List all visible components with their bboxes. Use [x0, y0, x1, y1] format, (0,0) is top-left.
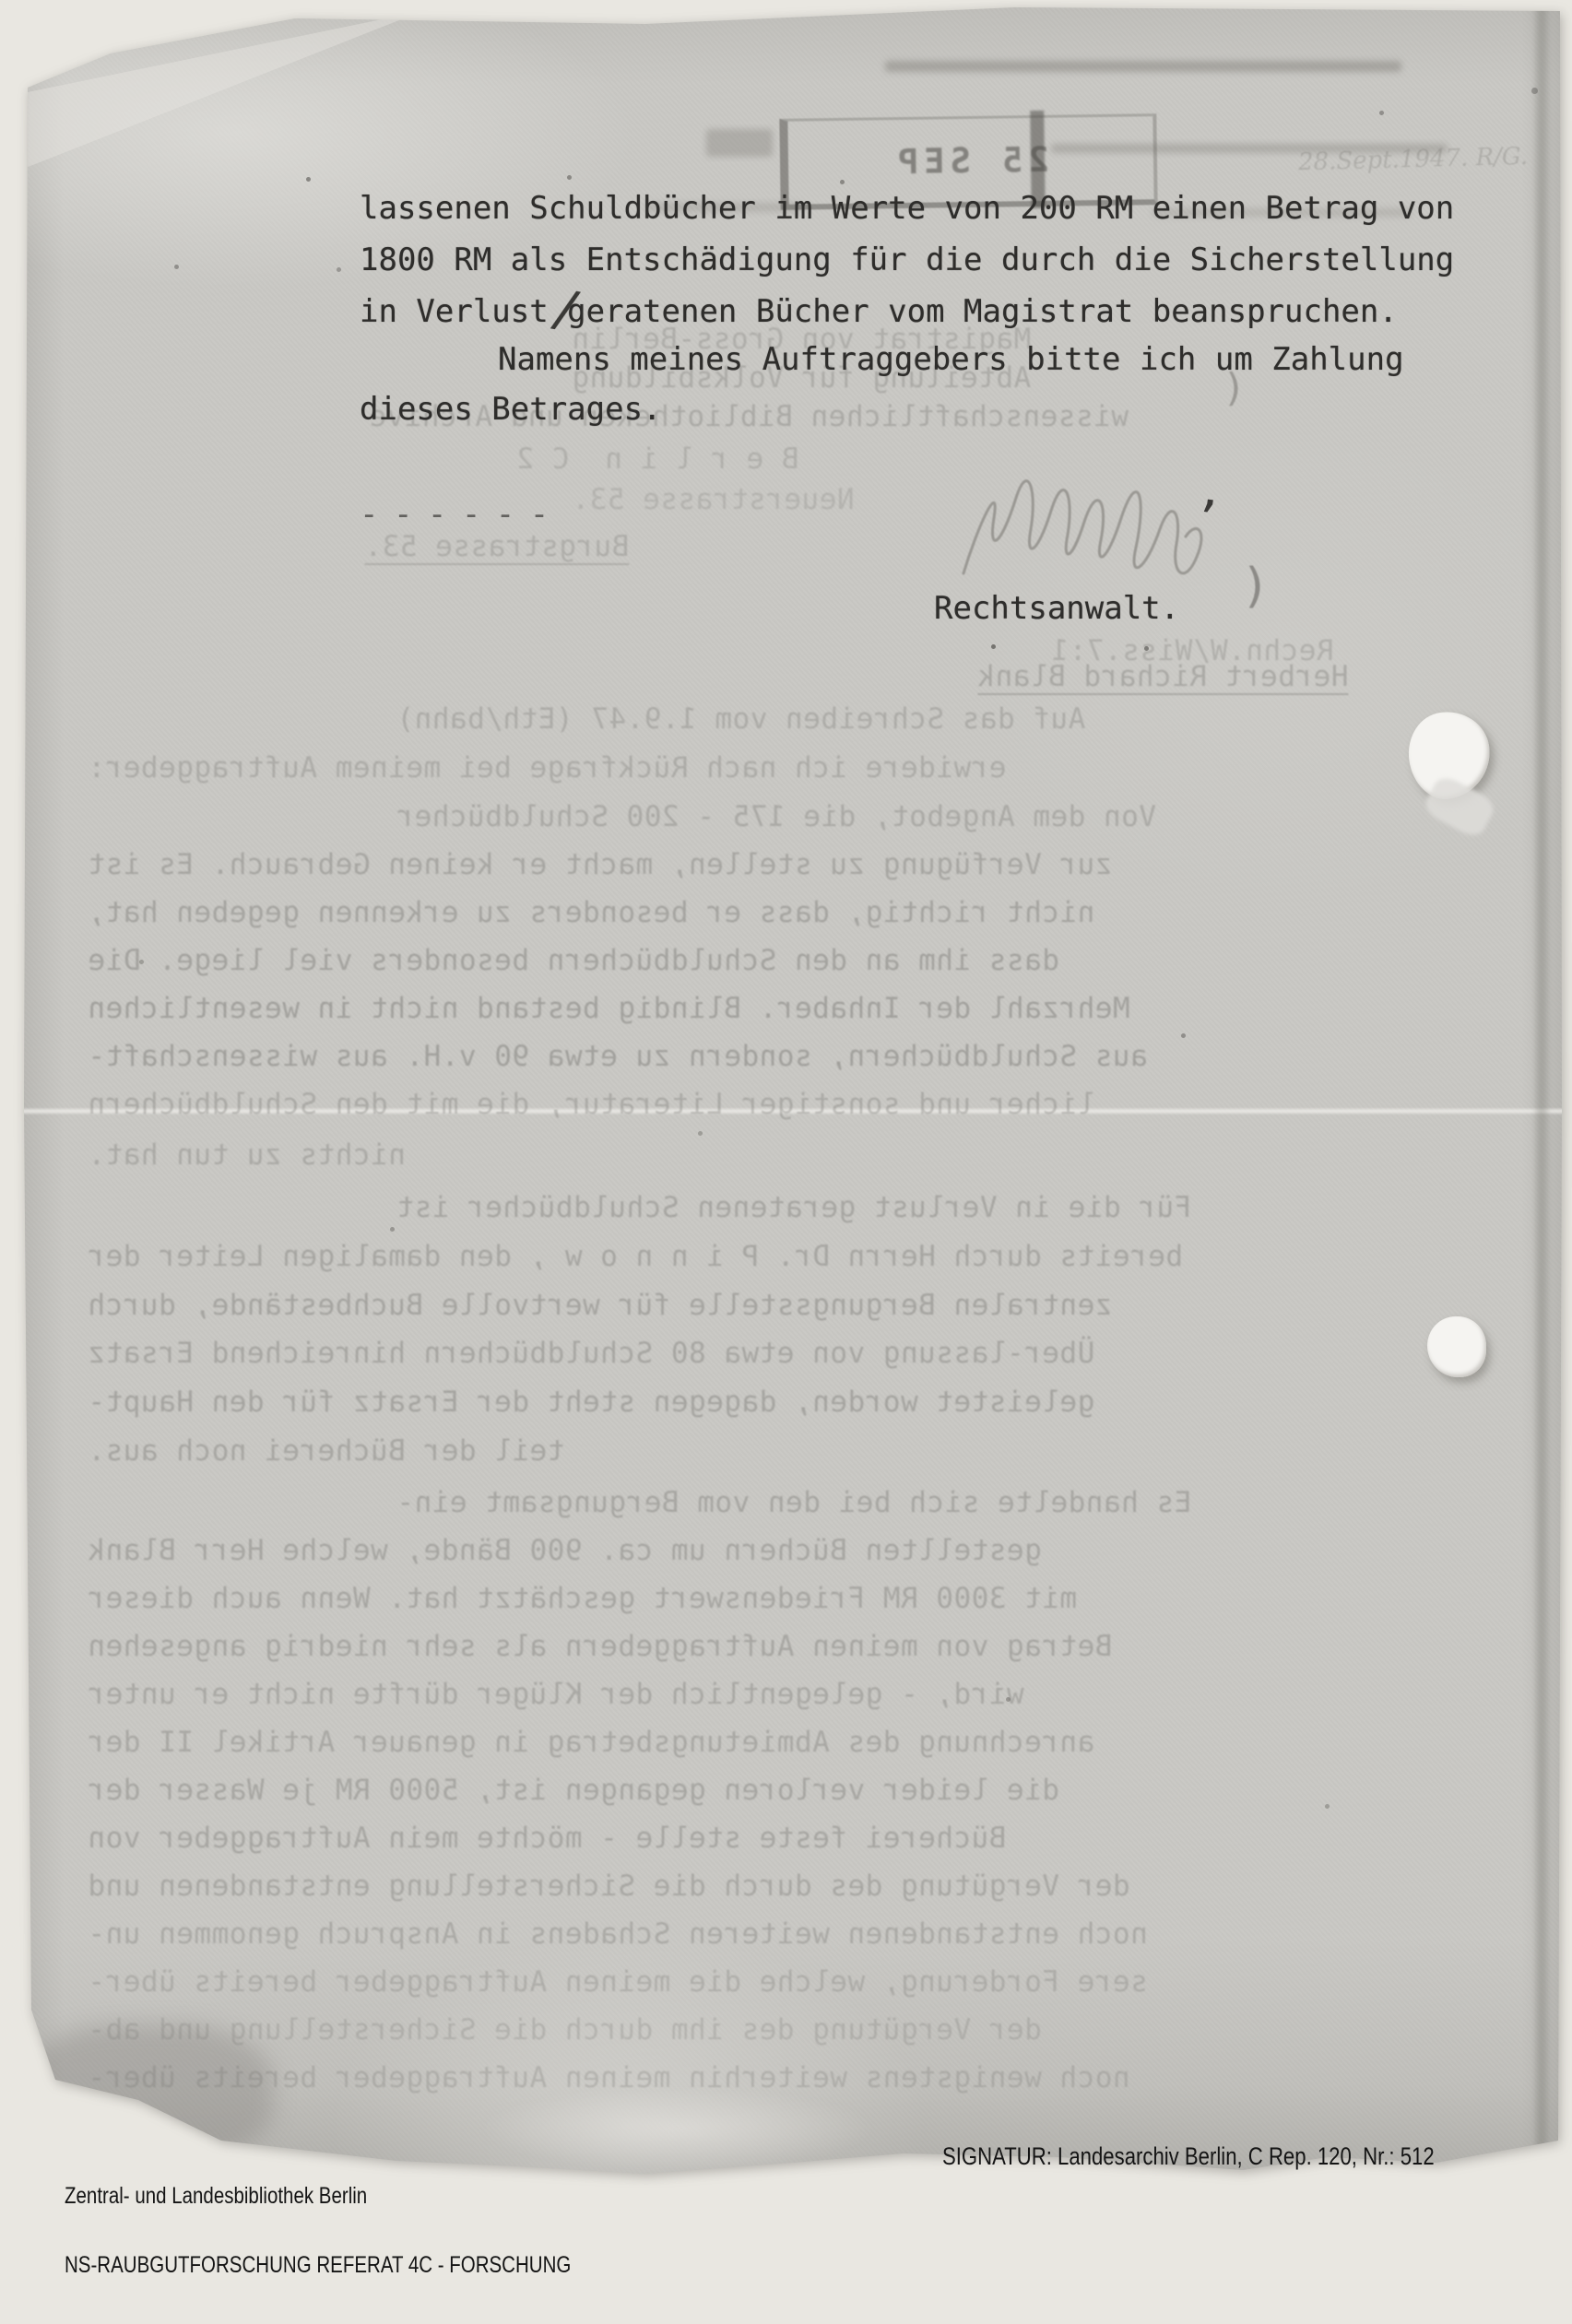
paper-wrap: Magistrat von Gross-BerlinAbteilung für …: [0, 0, 1572, 2214]
paper-hole: [1427, 1316, 1486, 1377]
paren-mark: ): [1223, 365, 1246, 410]
archive-caption-signature: SIGNATUR: Landesarchiv Berlin, C Rep. 12…: [942, 2142, 1435, 2171]
paren-mark: ): [1241, 559, 1270, 614]
dash-separator-row: - - - - - -: [360, 496, 547, 533]
archive-caption-left: Zentral- und Landesbibliothek Berlin NS-…: [65, 2139, 571, 2214]
paper-sheet: Magistrat von Gross-BerlinAbteilung für …: [0, 0, 1572, 2214]
dust-specks: [0, 0, 3, 3]
typed-line: in Verlust geratenen Bücher vom Magistra…: [360, 293, 1398, 330]
document-scan: Magistrat von Gross-BerlinAbteilung für …: [0, 0, 1572, 2214]
signature-role-line: Rechtsanwalt.: [934, 590, 1179, 627]
signature-stroke: [963, 481, 1201, 573]
typed-line: Namens meines Auftraggebers bitte ich um…: [498, 341, 1404, 378]
typed-text-layer: lassenen Schuldbücher im Werte von 200 R…: [0, 0, 1572, 2214]
archive-caption-left-line1: Zentral- und Landesbibliothek Berlin: [65, 2185, 571, 2208]
typed-line: dieses Betrages.: [360, 391, 662, 428]
typed-line: lassenen Schuldbücher im Werte von 200 R…: [360, 190, 1454, 227]
typed-line: 1800 RM als Entschädigung für die durch …: [360, 242, 1454, 278]
